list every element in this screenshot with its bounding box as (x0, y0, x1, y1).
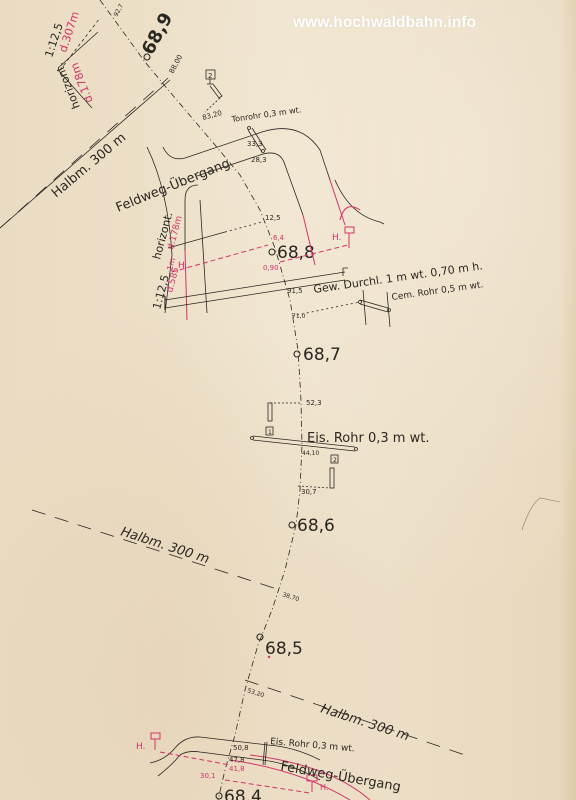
railway-plan-drawing: 68,9 68,8 68,7 68,6 68,5 68,4 Halbm. 300… (0, 0, 576, 800)
watermark: www.hochwaldbahn.info (293, 14, 476, 32)
svg-text:47,8: 47,8 (229, 756, 245, 764)
km-marker-68-5: 68,5 (257, 634, 303, 659)
offset-33-3: 33,3 (247, 140, 263, 148)
paper-crease (522, 498, 560, 530)
crossing-2: H. H. Eis. Rohr 0,3 m wt. Feldweg-Überga… (136, 733, 402, 800)
svg-text:2: 2 (333, 457, 337, 464)
svg-text:6,4: 6,4 (273, 234, 285, 242)
svg-text:12,5: 12,5 (265, 214, 281, 222)
svg-text:Halbm. 300 m: Halbm. 300 m (119, 525, 211, 568)
structure-eis-rohr-1: 52,3 1 Eis. Rohr 0,3 m wt. 44,10 2 30,7 (251, 399, 430, 496)
svg-text:Eis. Rohr 0,3 m wt.: Eis. Rohr 0,3 m wt. (307, 431, 429, 446)
svg-text:41,8: 41,8 (229, 765, 245, 773)
offset-28-3: 28,3 (251, 156, 267, 164)
structure-tonrohr: Tonrohr 0,3 m wt. (230, 105, 302, 152)
svg-text:1: 1 (268, 429, 272, 436)
svg-text:H.: H. (332, 233, 341, 243)
svg-text:68,6: 68,6 (297, 516, 335, 536)
svg-text:68,5: 68,5 (265, 639, 303, 659)
svg-text:68,7: 68,7 (303, 345, 341, 365)
sign-top: 2 (205, 70, 222, 112)
svg-text:Tonrohr 0,3 m wt.: Tonrohr 0,3 m wt. (230, 105, 302, 124)
svg-text:68,9: 68,9 (138, 9, 177, 58)
svg-text:52,3: 52,3 (306, 399, 322, 407)
svg-text:H.: H. (320, 783, 328, 792)
svg-text:H.: H. (136, 742, 145, 752)
svg-text:53,20: 53,20 (246, 687, 265, 699)
survey-sheet: 68,9 68,8 68,7 68,6 68,5 68,4 Halbm. 300… (0, 0, 576, 800)
svg-text:Feldweg-Übergang: Feldweg-Übergang (113, 154, 232, 215)
offset-71-0: 71,0 (292, 313, 306, 320)
svg-text:38,70: 38,70 (281, 591, 300, 603)
svg-text:30,1: 30,1 (200, 772, 216, 780)
svg-text:50,8: 50,8 (233, 744, 249, 752)
offset-88-00: 88,00 (168, 53, 184, 74)
svg-text:30,7: 30,7 (301, 488, 317, 496)
svg-text:Halbm. 300 m: Halbm. 300 m (319, 702, 411, 745)
svg-text:Cem. Rohr 0,5 m wt.: Cem. Rohr 0,5 m wt. (391, 280, 484, 303)
km-marker-68-8: 68,8 (269, 243, 315, 263)
offset-83-20: 83,20 (201, 109, 222, 122)
curve-mid-left: Halbm. 300 m 38,70 (32, 510, 300, 603)
structure-gew-durchlass: Gew. Durchl. 1 m wt. 0,70 m h. (162, 259, 484, 310)
svg-text:44,10: 44,10 (302, 450, 319, 457)
offset-92-7: 92,7 (113, 3, 126, 18)
gradient-change-crossing-1: 12,5 6,4 0,90 H. H. horizont. d.178m 1:1… (150, 210, 354, 310)
svg-text:2: 2 (208, 72, 212, 80)
svg-text:Eis. Rohr 0,3 m wt.: Eis. Rohr 0,3 m wt. (270, 737, 355, 754)
svg-text:Feldweg-Übergang: Feldweg-Übergang (279, 757, 402, 795)
km-marker-68-4: 68,4 (216, 787, 262, 800)
svg-text:68,4: 68,4 (224, 787, 262, 800)
km-marker-68-9: 68,9 (138, 9, 177, 60)
red-dot (268, 656, 270, 658)
svg-text:Halbm. 300 m: Halbm. 300 m (49, 130, 129, 201)
svg-text:68,8: 68,8 (277, 243, 315, 263)
svg-text:0,90: 0,90 (263, 264, 279, 272)
offset-91-5: 91,5 (287, 287, 303, 295)
track-centerline (100, 0, 302, 800)
km-marker-68-7: 68,7 (294, 345, 341, 365)
